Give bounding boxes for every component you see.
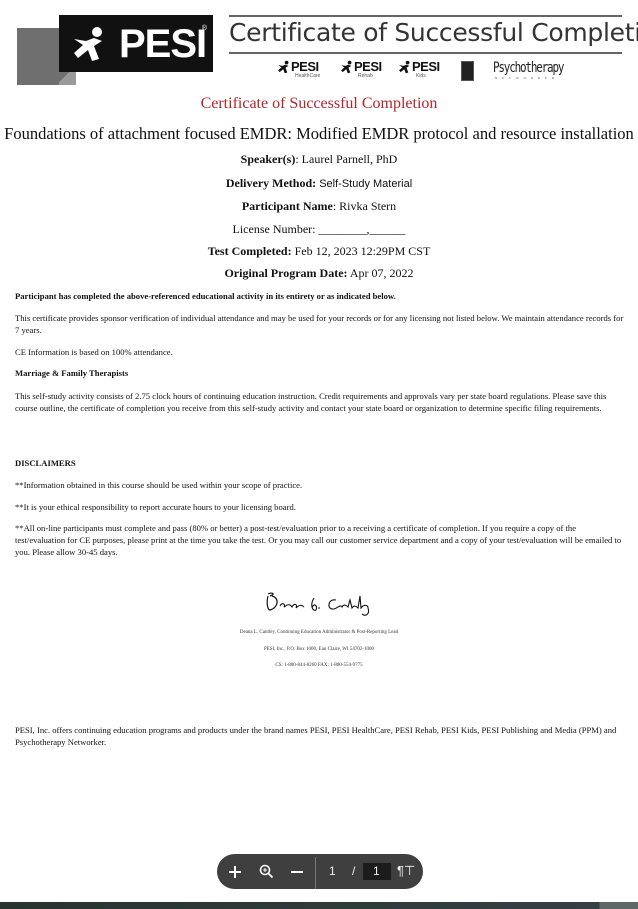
speaker-value: : Laurel Parnell, PhD (295, 152, 397, 166)
magnifier-icon (259, 864, 274, 879)
page-separator: / (352, 864, 355, 878)
program-date-value: Apr 07, 2022 (348, 266, 414, 280)
brand-pesi-healthcare: PESI HealthCare (277, 58, 320, 79)
test-completed-field: Test Completed: Feb 12, 2023 12:29PM CST (0, 244, 638, 259)
disclaimer-item: **It is your ethical responsibility to r… (15, 501, 625, 513)
test-completed-value: Feb 12, 2023 12:29PM CST (292, 244, 431, 258)
header-rule-bottom (229, 52, 622, 54)
current-page: 1 (329, 864, 336, 878)
pesi-figure-icon (398, 60, 412, 74)
verification-text: This certificate provides sponsor verifi… (15, 312, 625, 336)
course-title: Foundations of attachment focused EMDR: … (0, 124, 638, 144)
phone-line: CS: 1-800-844-8260 FAX: 1-800-554-9775 (0, 663, 638, 668)
brand-row: PESI HealthCare PESI Rehab PESI Kids Psy… (275, 58, 595, 82)
pesi-figure-icon (72, 25, 108, 63)
signature-image (262, 590, 382, 618)
certificate-heading: Certificate of Successful Completion (0, 95, 638, 113)
speaker-field: Speaker(s): Laurel Parnell, PhD (0, 152, 638, 167)
disclaimer-item: **Information obtained in this course sh… (15, 479, 625, 491)
brand-pesi-rehab: PESI Rehab (340, 58, 382, 79)
fit-page-icon[interactable]: ¶⊤ (397, 863, 415, 879)
pesi-figure-icon (277, 60, 291, 74)
profession-text: This self-study activity consists of 2.7… (15, 390, 625, 414)
total-pages: 1 (373, 864, 380, 878)
delivery-field: Delivery Method: Self-Study Material (0, 176, 638, 191)
signer-line: Deana L. Cantley, Continuing Education A… (0, 630, 638, 635)
participant-label: Participant Name (242, 199, 333, 213)
profession-heading: Marriage & Family Therapists (15, 367, 625, 379)
brand-statement: PESI, Inc. offers continuing education p… (15, 724, 625, 748)
disclaimer-item: **All on-line participants must complete… (15, 522, 625, 558)
participant-value: : Rivka Stern (333, 199, 396, 213)
delivery-value: Self-Study Material (316, 178, 412, 190)
logo-black-block: PESI ® (59, 15, 213, 72)
address-line: PESI, Inc., P.O. Box 1000, Eau Claire, W… (0, 647, 638, 652)
completed-statement: Participant has completed the above-refe… (15, 290, 625, 302)
logo-text: PESI (119, 20, 206, 68)
pesi-logo: PESI ® (17, 15, 215, 86)
license-field: License Number: ________,______ (0, 222, 638, 237)
pesi-figure-icon (340, 60, 354, 74)
ppm-book-icon (461, 61, 474, 81)
license-label: License Number: (233, 222, 319, 236)
zoom-in-button[interactable] (220, 854, 250, 889)
speaker-label: Speaker(s) (241, 152, 296, 166)
program-date-field: Original Program Date: Apr 07, 2022 (0, 266, 638, 281)
license-value: ________,______ (318, 222, 405, 236)
plus-icon (228, 865, 242, 879)
participant-field: Participant Name: Rivka Stern (0, 199, 638, 214)
toolbar-separator (315, 857, 316, 889)
disclaimers-heading: DISCLAIMERS (15, 457, 625, 469)
pdf-toolbar: 1 / 1 ¶⊤ (217, 854, 423, 889)
delivery-label: Delivery Method: (226, 176, 316, 190)
minus-icon (290, 865, 304, 879)
program-date-label: Original Program Date: (224, 266, 347, 280)
bottom-bar (0, 902, 638, 909)
brand-psychotherapy-sub: NETWORKER (495, 76, 559, 80)
ce-info: CE Information is based on 100% attendan… (15, 346, 625, 358)
brand-psychotherapy: Psychotherapy (493, 60, 563, 76)
header-title: Certificate of Successful Completion (229, 18, 622, 47)
zoom-reset-button[interactable] (251, 854, 281, 889)
logo-registered: ® (202, 25, 207, 32)
header-rule-top (229, 15, 622, 17)
brand-pesi-kids: PESI Kids (398, 58, 440, 79)
test-completed-label: Test Completed: (208, 244, 292, 258)
zoom-out-button[interactable] (282, 854, 312, 889)
